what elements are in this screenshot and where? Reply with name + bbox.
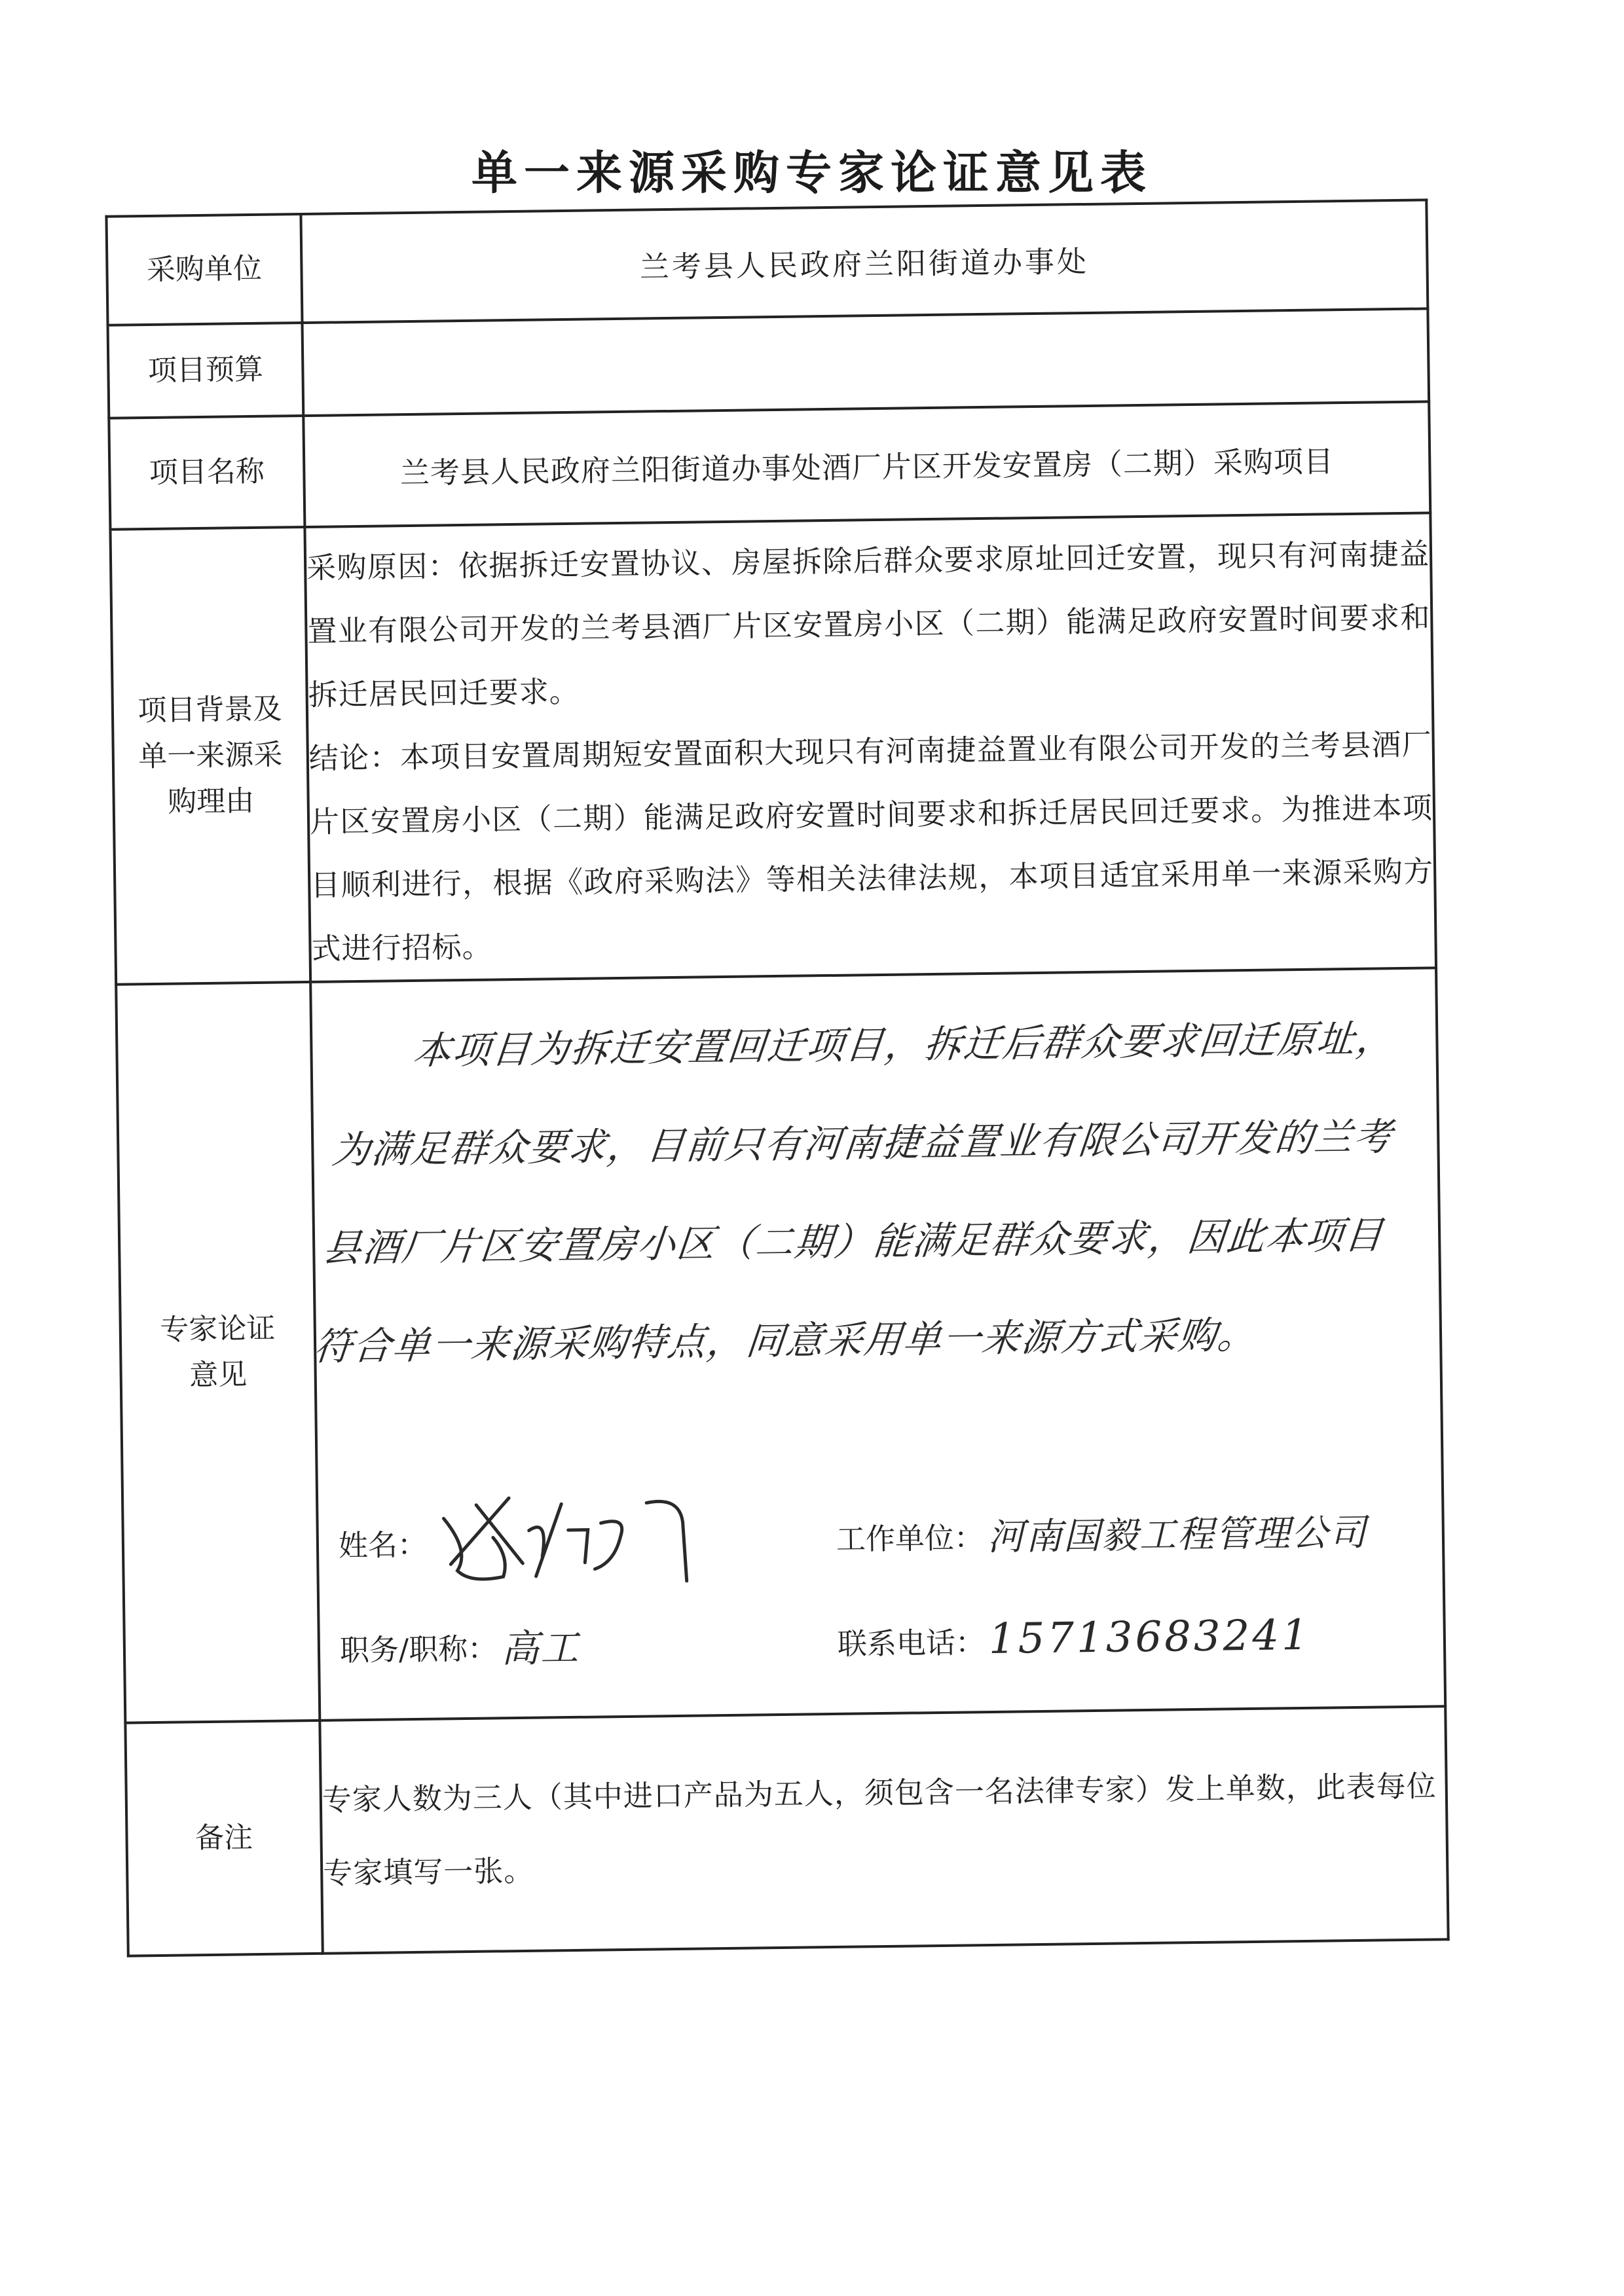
budget-value [303,308,1430,416]
budget-label: 项目预算 [108,323,304,418]
title-value: 高工 [501,1617,580,1673]
phone-label: 联系电话： [837,1618,985,1663]
workplace-label: 工作单位： [836,1514,984,1558]
signature-row-2: 职务/职称： 高工 联系电话： 15713683241 [339,1598,1424,1684]
row-expert-opinion: 专家论证意见 本项目为拆迁安置回迁项目，拆迁后群众要求回迁原址，为满足群众要求，… [116,968,1445,1722]
expert-opinion-form: 采购单位 兰考县人民政府兰阳街道办事处 项目预算 项目名称 兰考县人民政府兰阳街… [105,198,1449,1957]
project-name-label: 项目名称 [109,416,304,530]
name-field: 姓名： [338,1489,707,1592]
background-label: 项目背景及单一来源采购理由 [110,527,310,985]
conclusion-text: 结论：本项目安置周期短安置面积大现只有河南捷益置业有限公司开发的兰考县酒厂片区安… [308,712,1435,981]
name-signature [430,1489,707,1590]
procurement-reason-text: 采购原因：依据拆迁安置协议、房屋拆除后群众要求原址回迁安置，现只有河南捷益置业有… [306,522,1432,727]
expert-opinion-cell: 本项目为拆迁安置回迁项目，拆迁后群众要求回迁原址，为满足群众要求，目前只有河南捷… [310,968,1445,1721]
name-label: 姓名： [339,1520,428,1564]
document-title: 单一来源采购专家论证意见表 [0,136,1624,202]
row-project-name: 项目名称 兰考县人民政府兰阳街道办事处酒厂片区开发安置房（二期）采购项目 [109,401,1430,529]
expert-opinion-handwriting: 本项目为拆迁安置回迁项目，拆迁后群众要求回迁原址，为满足群众要求，目前只有河南捷… [310,989,1436,1396]
row-background: 项目背景及单一来源采购理由 采购原因：依据拆迁安置协议、房屋拆除后群众要求原址回… [110,513,1436,984]
purchaser-label: 采购单位 [106,214,302,325]
phone-value: 15713683241 [988,1611,1311,1664]
form-table-frame: 采购单位 兰考县人民政府兰阳街道办事处 项目预算 项目名称 兰考县人民政府兰阳街… [105,198,1449,1951]
title-field: 职务/职称： 高工 [339,1617,580,1675]
remarks-label: 备注 [125,1721,322,1956]
handwritten-signature-icon [430,1489,707,1590]
title-label: 职务/职称： [340,1624,498,1669]
row-remarks: 备注 专家人数为三人（其中进口产品为五人，须包含一名法律专家）发上单数，此表每位… [125,1706,1448,1956]
workplace-field: 工作单位： 河南国毅工程管理公司 [836,1504,1367,1563]
row-purchaser: 采购单位 兰考县人民政府兰阳街道办事处 [106,200,1428,325]
expert-opinion-label: 专家论证意见 [116,982,320,1723]
background-value: 采购原因：依据拆迁安置协议、房屋拆除后群众要求原址回迁安置，现只有河南捷益置业有… [304,513,1436,982]
project-name-value: 兰考县人民政府兰阳街道办事处酒厂片区开发安置房（二期）采购项目 [303,401,1430,527]
phone-field: 联系电话： 15713683241 [837,1611,1311,1666]
remarks-value: 专家人数为三人（其中进口产品为五人，须包含一名法律专家）发上单数，此表每位专家填… [320,1706,1448,1954]
purchaser-value: 兰考县人民政府兰阳街道办事处 [301,200,1428,323]
signature-row-1: 姓名： 工作单位： 河南国毅工程管理公司 [338,1493,1422,1579]
workplace-value: 河南国毅工程管理公司 [987,1504,1367,1561]
row-budget: 项目预算 [108,308,1430,418]
